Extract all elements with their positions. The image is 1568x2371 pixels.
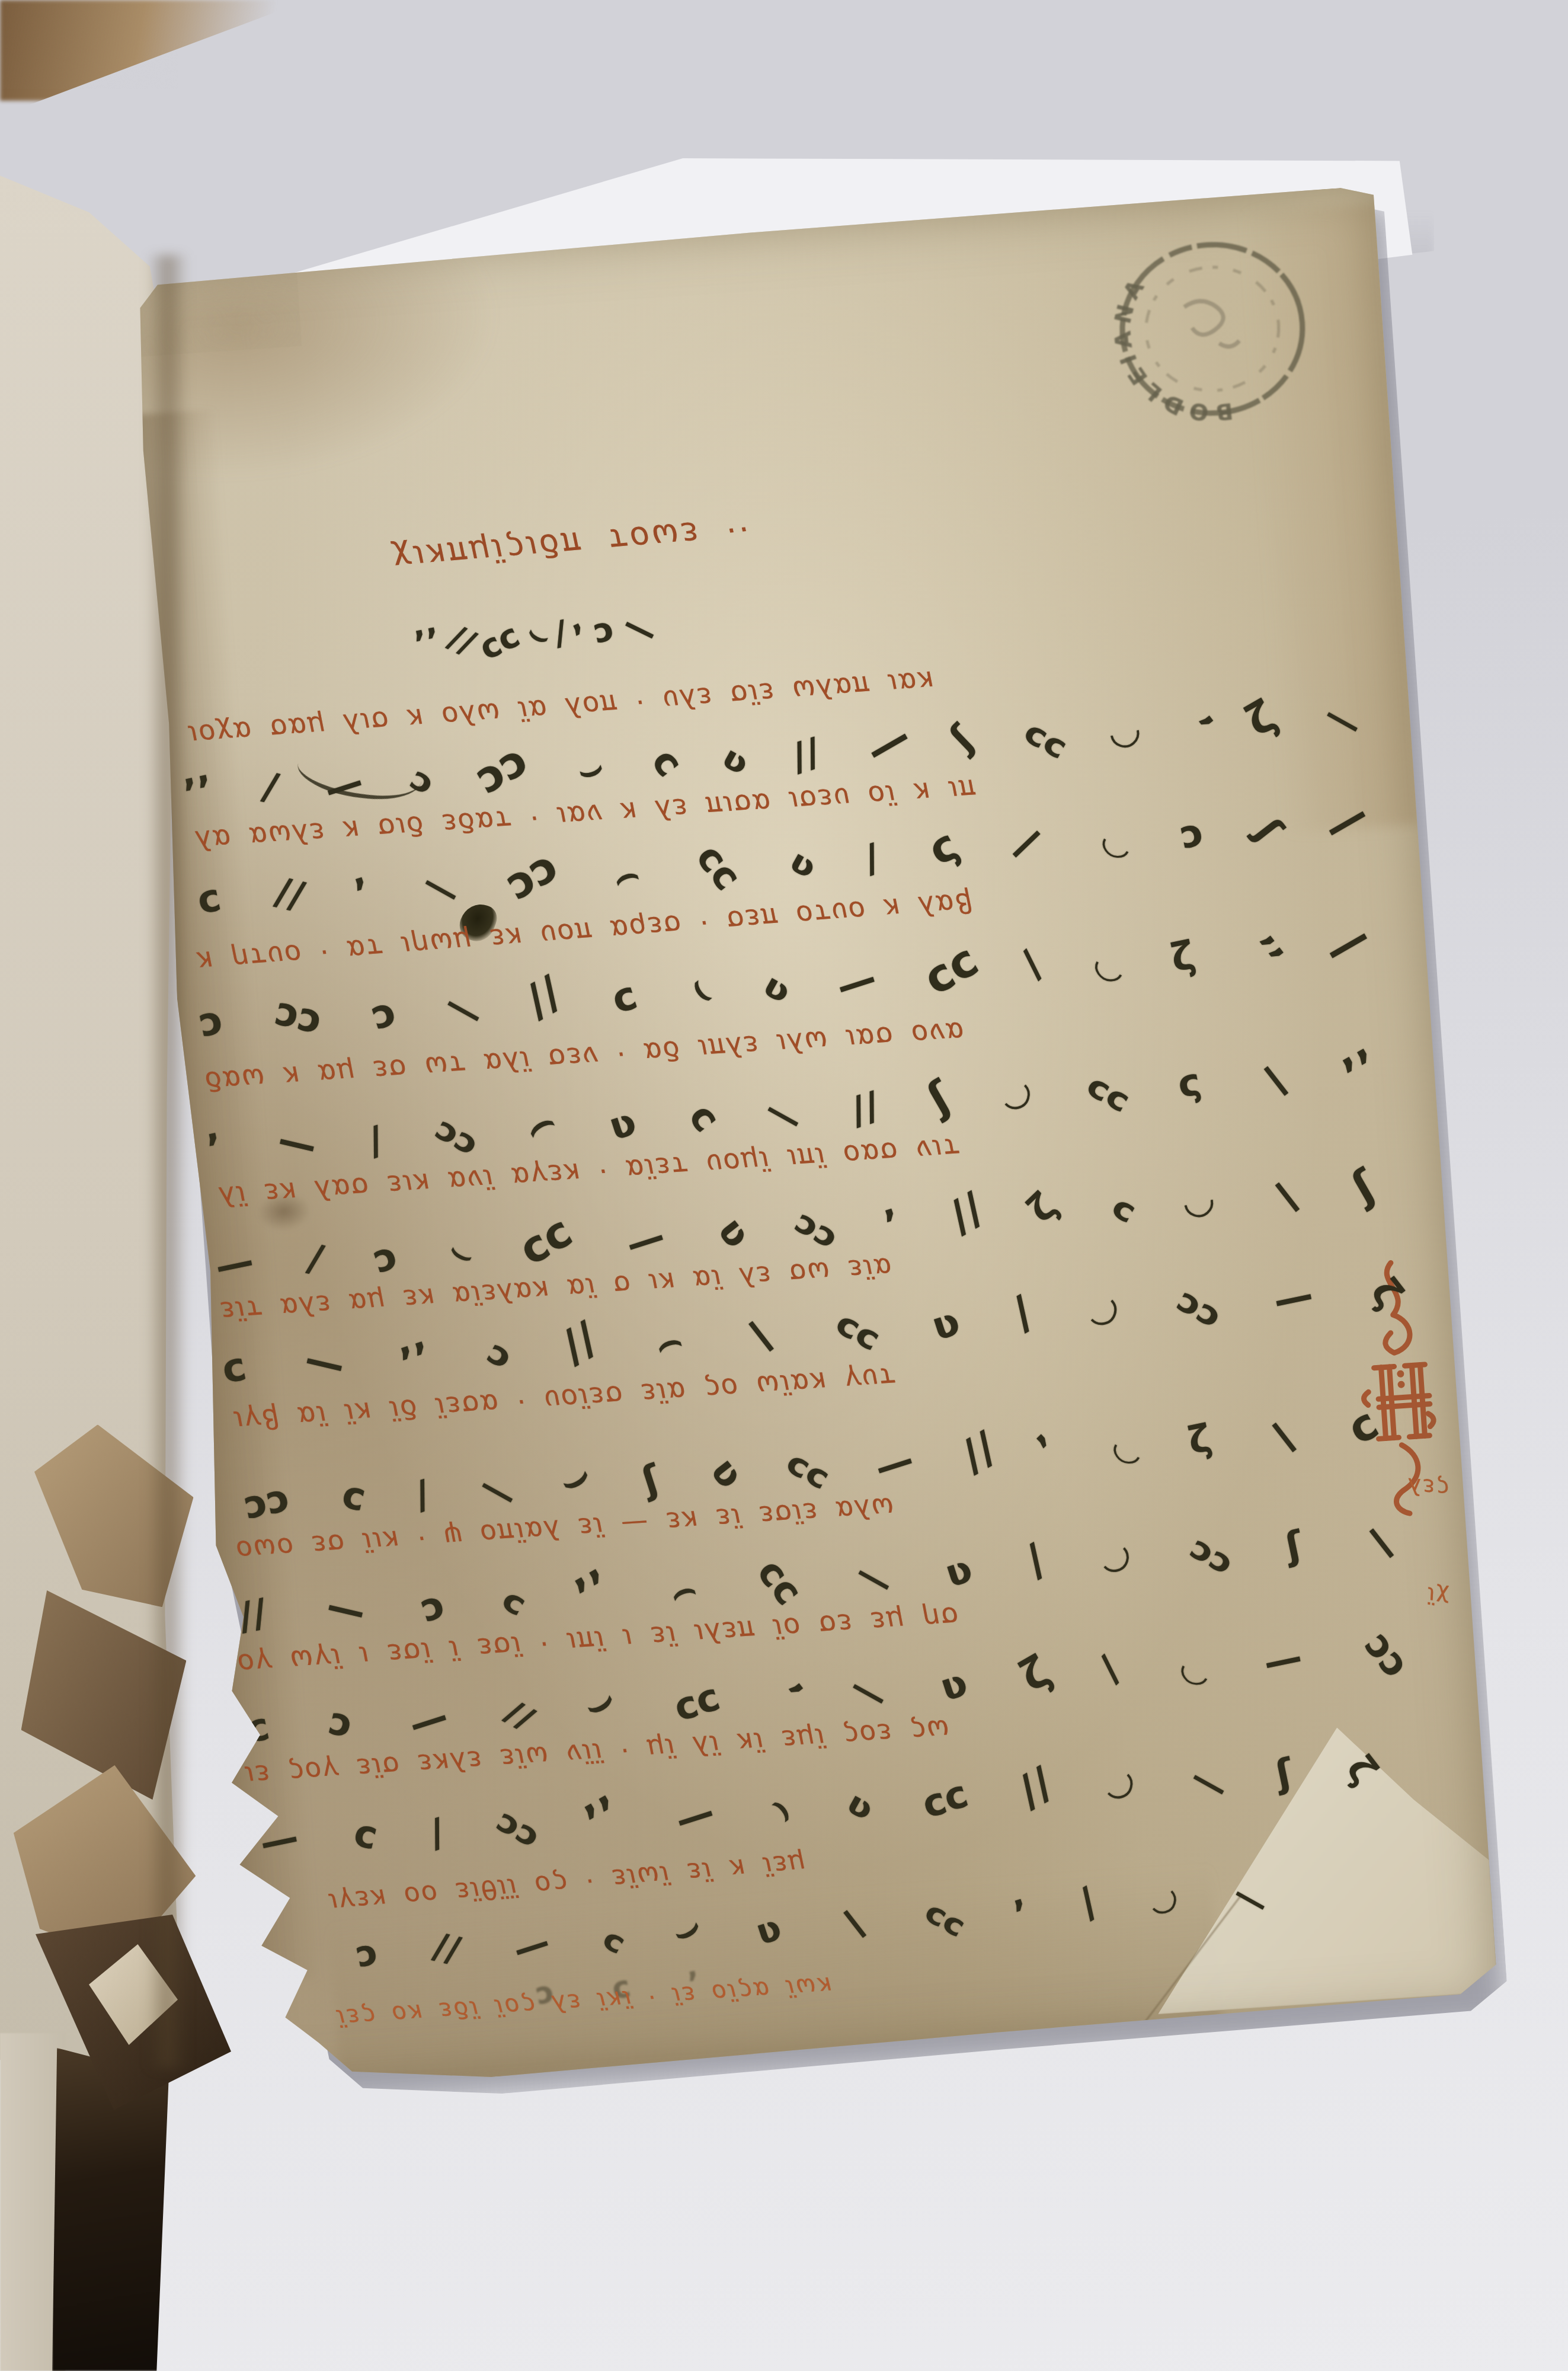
repair-patch <box>1140 1718 1497 2015</box>
neume-stroke: c <box>218 1343 250 1392</box>
neume-stroke: c <box>642 740 691 785</box>
ink-blot <box>455 899 501 946</box>
neume-stroke: ʃ <box>637 1457 665 1504</box>
neume-stroke: c <box>1339 1398 1387 1455</box>
rubric-text: ·· εωοτ πδιςϊμπκιχ <box>387 510 753 577</box>
neume-stroke: ʼʼ <box>411 621 444 663</box>
rubric-text: ση με εσ οϊ πελι ϊε ι ϊπι · ϊσε ϊ ϊσε ι … <box>233 1601 961 1680</box>
neume-stroke: cc <box>511 1206 581 1276</box>
note-text: κωϊ αςϊο εϊ · ϊκϊ ελ ςοϊ ϊδε κο ςεϊ <box>332 1971 836 2031</box>
neume-stroke: — <box>1354 1513 1412 1570</box>
rubric-text: ως εος ϊμε ϊκ ϊλ ϊμ · ϊϊν ωϊε ελκε σϊε γ… <box>241 1713 952 1791</box>
neume-line-9: cɔ—∕∕⌣ccʼ—ʋζ∕◡—ɔɔ <box>245 1624 1407 1751</box>
neume-stroke: ⌣ <box>520 612 557 657</box>
neume-stroke: — <box>319 759 369 813</box>
neume-stroke: ◡ <box>1087 1529 1138 1581</box>
text-block: ·· εωοτ πδιςϊμπκιχʼʼ∕∕cc⌣∕ʼɔ—και παλω εϊ… <box>119 186 1499 2094</box>
rubric-text: και παλω εϊσ ελυ · πολ αϊ ωλο κ σιλ μασ … <box>184 665 937 752</box>
neume-stroke: cc <box>1081 1067 1137 1120</box>
neume-stroke: ∕∕ <box>499 1693 540 1737</box>
neume-stroke: ∕ <box>363 1118 389 1164</box>
neume-line-7: ɔɔc∕—⌣ʃʋcc—∕∕ʼ◡ζ—c <box>243 1401 1380 1526</box>
neume-stroke: cc <box>919 1894 971 1944</box>
neume-stroke: ʼ <box>1009 1891 1035 1935</box>
neume-stroke: — <box>1228 1875 1275 1922</box>
neume-stroke: ◡ <box>1096 821 1138 866</box>
neume-stroke: ʋ <box>940 1547 977 1597</box>
neume-stroke: ʼ <box>568 616 596 657</box>
neume-stroke: ɔɔ <box>240 1476 293 1528</box>
neume-stroke: ʋ <box>935 1661 972 1711</box>
neume-stroke: ∕∕ <box>786 730 826 781</box>
neume-stroke: ∕∕ <box>1009 1758 1061 1817</box>
rubric-line-3: βαλ κ ουτο πεσ · σερα που κε μωηι τα · ο… <box>195 859 1332 996</box>
neume-stroke: ◡ <box>987 1067 1039 1119</box>
neume-stroke: ⌣ <box>442 1231 481 1275</box>
neume-stroke: ʃ <box>1282 1523 1306 1569</box>
neume-stroke: — <box>996 814 1054 872</box>
neume-stroke: — <box>1249 1051 1307 1108</box>
neume-stroke: — <box>1269 1271 1317 1324</box>
neume-stroke: ∕ <box>1002 1286 1042 1340</box>
neume-stroke: ∕ <box>859 836 885 882</box>
pen-sweep-stroke <box>293 731 427 813</box>
neume-stroke: — <box>404 1694 453 1747</box>
neume-stroke: ∕ <box>259 765 283 810</box>
neume-stroke: ʃ <box>1247 811 1291 851</box>
rubric-line-9: ση με εσ οϊ πελι ϊε ι ϊπι · ϊσε ϊ ϊσε ι … <box>235 1571 1410 1698</box>
neume-stroke: — <box>1314 788 1377 854</box>
neume-stroke: ʋ <box>716 739 755 782</box>
neume-stroke: ∕ <box>1090 1648 1130 1690</box>
rubric-text: βαλ κ ουτο πεσ · σερα που κε μωηι τα · ο… <box>193 887 976 978</box>
neume-stroke: ʼ <box>879 1201 907 1247</box>
neume-stroke: c <box>338 1473 370 1521</box>
neume-stroke: ◡ <box>1089 943 1133 990</box>
neume-stroke: cc <box>1017 714 1073 766</box>
manuscript-photo: BODLEIANA ·· εωοτ πδιςϊμπκιχʼʼ∕∕cc⌣∕ʼɔ—κ… <box>0 0 1568 2371</box>
neume-stroke: ɔ <box>482 1333 520 1376</box>
rubric-text: τιν σαο ϊπι ϊμου τεϊα · κεγα ϊνα κιε σαλ… <box>215 1132 962 1213</box>
neume-stroke: — <box>870 1437 920 1491</box>
rubric-line-10: ως εος ϊμε ϊκ ϊλ ϊμ · ϊϊν ωϊε ελκε σϊε γ… <box>243 1698 1178 1810</box>
neume-cluster: ʼʼ∕∕cc⌣∕ʼɔ— <box>414 596 656 662</box>
neume-stroke: ʼ <box>767 1676 811 1714</box>
neume-stroke: cc <box>915 934 987 1005</box>
neume-stroke: cc <box>829 1304 887 1359</box>
neume-stroke: ʼʼ <box>1335 1039 1388 1099</box>
neume-stroke: ʼʼ <box>395 1333 437 1386</box>
neume-stroke: — <box>671 1790 721 1843</box>
neume-stroke: ʋ <box>709 1210 759 1257</box>
neume-stroke: — <box>1260 1168 1318 1225</box>
neume-stroke: ʼ <box>1177 708 1221 747</box>
neume-stroke: ʋ <box>926 1299 965 1350</box>
neume-stroke: ɔɔ <box>467 734 536 804</box>
neume-stroke: ʋ <box>757 966 797 1011</box>
stamp-text: BODLEIANA <box>1106 265 1234 433</box>
neume-stroke: ς <box>919 820 967 876</box>
neume-stroke: ʃ <box>919 1071 960 1124</box>
neume-stroke: ∕ <box>1070 1879 1106 1927</box>
rubric-text: τυγ καϊω ος αϊε σεϊου · ασεϊ δϊ κϊ ϊα βγ… <box>230 1361 898 1437</box>
neume-stroke: ∕∕ <box>845 1084 885 1134</box>
rubric-line-6: αϊε ωσ ελ ϊα κι σ ϊα καλεϊα κε μα ελα τϊ… <box>219 1224 1305 1346</box>
neume-stroke: ɔɔ <box>789 1204 844 1257</box>
neume-stroke: ʋ <box>702 1450 752 1497</box>
stamp-emblem <box>1184 299 1240 349</box>
margin-mark-text: ςελ <box>1406 1472 1449 1502</box>
neume-stroke: ◡ <box>1105 706 1143 755</box>
neume-stroke: c <box>606 972 642 1022</box>
neume-stroke: — <box>417 864 466 913</box>
rubric-text: αϊε ωσ ελ ϊα κι σ ϊα καλεϊα κε μα ελα τϊ… <box>216 1251 895 1327</box>
stain-blotch <box>256 1191 312 1232</box>
neume-stroke: ɔ <box>353 1931 382 1976</box>
neume-stroke: ∕∕ <box>952 1423 1004 1482</box>
book-cover-corner <box>0 0 308 101</box>
margin-mark-text: χϊ <box>1425 1581 1449 1612</box>
neume-line-3: ɔɔɔɔ—∕∕c⌣ʋ—cc∕◡ζʼʼ— <box>199 917 1373 1044</box>
neume-stroke: ɔ <box>405 760 441 803</box>
neume-stroke: — <box>1257 1408 1315 1465</box>
neume-stroke: — <box>617 604 664 653</box>
neume-stroke: — <box>1314 909 1379 977</box>
neume-stroke: ɔɔ <box>497 841 567 910</box>
neume-stroke: — <box>733 1305 793 1364</box>
neume-stroke: c <box>680 1095 729 1140</box>
neume-stroke: ɔ <box>533 1974 557 2011</box>
neume-stroke: cc <box>669 1675 725 1731</box>
neume-stroke: — <box>856 711 919 776</box>
neume-stroke: ʋ <box>784 843 823 886</box>
neume-line-11: ɔ∕∕—c⌣ʋ—ccʼ∕◡— <box>355 1865 1265 1974</box>
neume-stroke: ◡ <box>1091 1756 1143 1808</box>
neume-line-8: ∕∕—ɔcʼʼ⌢cc—ʋ∕◡ɔɔʃ— <box>238 1511 1400 1638</box>
neume-stroke: ⌢ <box>607 851 645 900</box>
neume-stroke: ʋ <box>604 1100 641 1150</box>
neume-stroke: ɔɔ <box>1356 1624 1418 1686</box>
neume-stroke: ɔ <box>325 1699 357 1747</box>
neume-stroke: — <box>850 1554 900 1603</box>
neume-stroke: — <box>322 1583 369 1635</box>
neume-stroke: ɔɔ <box>491 1803 546 1855</box>
neume-stroke: ∕ <box>303 1236 327 1282</box>
neume-stroke: ʋ <box>751 1906 787 1953</box>
neume-stroke: ∕∕ <box>516 966 570 1027</box>
neume-stroke: ɔ <box>195 996 227 1046</box>
neume-stroke: cc <box>780 1445 836 1497</box>
neume-stroke: — <box>301 1335 350 1389</box>
rubric-text: ανο σαι ωλι ελπι δα · νεσ ϊλα τω σε μα κ… <box>201 1016 967 1098</box>
rubric-text: πι κ ϊο υεσι ασιπ ελ κ ναι · ταδε δισ κ … <box>191 773 978 857</box>
neume-stroke: cc <box>917 1772 974 1827</box>
neume-stroke: ζ <box>1362 1270 1412 1316</box>
neume-stroke: ɔ <box>415 1582 450 1631</box>
neume-stroke: ◡ <box>1179 1176 1217 1225</box>
parchment-page: BODLEIANA ·· εωοτ πδιςϊμπκιχʼʼ∕∕cc⌣∕ʼɔ—κ… <box>119 186 1499 2094</box>
neume-stroke: ʃ <box>1343 1160 1384 1213</box>
neume-stroke: — <box>256 1815 302 1866</box>
neume-stroke: — <box>1260 1635 1306 1686</box>
neume-stroke: ◡ <box>1107 1427 1149 1472</box>
neume-stroke: ʼ <box>350 870 377 916</box>
rubric-line-11: μεϊ κ ϊε ϊωϊε · ςο ϊϊθϊε οο κεγι <box>327 1822 1124 1938</box>
neume-stroke: ʼ <box>204 1126 227 1171</box>
svg-text:BODLEIANA: BODLEIANA <box>1106 265 1234 433</box>
neume-stroke: ʃ <box>1272 1750 1296 1797</box>
neume-stroke: ʼʼ <box>567 1560 620 1619</box>
neume-stroke: c <box>1106 1188 1143 1231</box>
neume-stroke: ʼ <box>685 1964 703 2001</box>
neume-stroke: ʃ <box>942 717 983 760</box>
neume-stroke: — <box>212 1239 258 1290</box>
rubric-text: ωλα εϊσε ϊε κε — ϊε λαϊπο ψ · κιϊ σε οωο <box>232 1491 897 1566</box>
rubric-line-1: και παλω εϊσ ελυ · πολ αϊ ωλο κ σιλ μασ … <box>186 634 1348 769</box>
neume-stroke: ⌢ <box>760 1785 809 1832</box>
neume-stroke: c <box>597 1921 632 1960</box>
neume-stroke: ʼʼ <box>577 1786 630 1846</box>
neume-stroke: ζ <box>1019 1184 1066 1232</box>
neume-stroke: cc <box>473 616 526 667</box>
neume-stroke: ⌢ <box>649 1316 689 1368</box>
neume-stroke: — <box>621 1214 671 1267</box>
neume-stroke: ɔ <box>368 1234 403 1282</box>
neume-stroke: ɔ <box>590 609 617 651</box>
neume-stroke: cc <box>687 836 750 899</box>
rubric-line-4: ανο σαι ωλι ελπι δα · νεσ ϊλα τω σε μα κ… <box>203 990 1353 1116</box>
neume-stroke: — <box>473 1466 523 1516</box>
neume-stroke: ∕∕ <box>552 1312 606 1373</box>
neume-stroke: c <box>350 1811 382 1859</box>
neume-stroke: — <box>830 1896 884 1949</box>
rubric-line-7: τυγ καϊω ος αϊε σεϊου · ασεϊ δϊ κϊ ϊα βγ… <box>232 1330 1368 1455</box>
neume-stroke: ς <box>1174 1060 1205 1107</box>
neume-stroke: ⌢ <box>514 1094 564 1152</box>
neume-stroke: c <box>242 1705 273 1752</box>
stain-right-edge <box>1241 204 1420 833</box>
neume-stroke: — <box>274 1117 321 1169</box>
neume-stroke: ∕ <box>409 1472 436 1519</box>
neume-stroke: ⌣ <box>678 966 731 1015</box>
neume-line-1: ʼʼ∕—ɔɔɔ⌣cʋ∕∕—ʃcc◡ʼζ— <box>183 688 1358 815</box>
margin-mark-1: ςελ <box>1406 1472 1450 1501</box>
neume-stroke: ∕∕ <box>430 1925 465 1971</box>
neume-stroke: ζ <box>1238 691 1285 747</box>
neume-stroke: ⌣ <box>574 1673 624 1731</box>
neume-smudge: ɔcʼ <box>535 1950 702 2010</box>
neume-line-2: c∕∕ʼ—ɔɔ⌢ccʋ∕ς—◡ɔʃ— <box>197 794 1371 922</box>
neume-stroke: — <box>831 954 882 1009</box>
neume-stroke: ɔɔ <box>271 988 327 1043</box>
neume-stroke: ∕ <box>551 613 570 653</box>
neume-stroke: ⌣ <box>572 745 610 794</box>
gutter-shadow <box>147 255 188 2069</box>
neume-stroke: ∕ <box>1016 1535 1054 1586</box>
neume-stroke: ʼ <box>1029 1427 1070 1468</box>
neume-stroke: cc <box>748 1551 811 1613</box>
neume-stroke: ζ <box>1167 932 1199 981</box>
neume-stroke: ◡ <box>1175 1648 1217 1693</box>
neume-stroke: — <box>759 1090 809 1139</box>
neume-line-6: c—ʼʼɔ∕∕⌢—ccʋ∕◡ɔɔ—ζ <box>222 1264 1396 1391</box>
neume-stroke: ∕ <box>424 1810 450 1856</box>
neume-stroke: c <box>609 1969 633 2006</box>
neume-stroke: — <box>508 1921 555 1971</box>
neume-stroke: c <box>495 1581 532 1623</box>
neume-stroke: ɔ <box>1176 810 1207 858</box>
neume-stroke: ʋ <box>841 1785 880 1828</box>
neume-stroke: ∕∕ <box>940 1183 993 1242</box>
neume-stroke: ʼʼ <box>1238 928 1292 979</box>
neume-stroke: ɔɔ <box>1171 1282 1228 1336</box>
neume-stroke: ∕ <box>1011 942 1053 985</box>
neume-line-5: —∕ɔ⌣cc—ʋɔɔʼ∕∕ζc◡—ʃ <box>215 1161 1377 1287</box>
neume-line-4: ʼ—∕ɔɔ⌢ʋc—∕∕ʃ◡ccς—ʼʼ <box>207 1043 1381 1171</box>
neume-stroke: ⌣ <box>663 1902 710 1957</box>
neume-stroke: ɔɔ <box>430 1110 485 1163</box>
neume-stroke: ∕∕ <box>443 618 481 663</box>
neume-stroke: — <box>1318 696 1368 745</box>
neume-stroke: c <box>194 875 225 923</box>
neume-stroke: — <box>1185 1758 1234 1807</box>
neume-stroke: ◡ <box>1136 1873 1185 1922</box>
rubric-text: μεϊ κ ϊε ϊωϊε · ςο ϊϊθϊε οο κεγι <box>325 1848 809 1918</box>
margin-mark-2: χϊ <box>1424 1581 1451 1611</box>
rubric-line-5: τιν σαο ϊπι ϊμου τεϊα · κεγα ϊνα κιε σαλ… <box>217 1104 1379 1231</box>
neume-stroke: ζ <box>1185 1417 1215 1464</box>
neume-line-10: —c∕ɔɔʼʼ—⌢ʋcc∕∕◡—ʃζ <box>259 1740 1371 1864</box>
neume-stroke: — <box>439 983 490 1034</box>
neume-stroke: ζ <box>1337 1748 1386 1792</box>
title-line: ·· εωοτ πδιςϊμπκιχ <box>389 507 783 590</box>
marginal-initial <box>1338 1254 1456 1520</box>
library-stamp: BODLEIANA <box>1090 215 1335 455</box>
neume-stroke: ⌣ <box>550 1449 600 1507</box>
neume-stroke: ◡ <box>1073 1281 1126 1335</box>
stamp-ring <box>1117 239 1308 419</box>
rubric-line-8: ωλα εϊσε ϊε κε — ϊε λαϊπο ψ · κιϊ σε οωο <box>234 1459 1384 1584</box>
neume-stroke: ɔɔ <box>1184 1529 1240 1582</box>
neume-stroke: ∕∕ <box>271 870 308 919</box>
rubric-line-2: πι κ ϊο υεσι ασιπ ελ κ ναι · ταδε δισ κ … <box>193 749 1343 874</box>
neume-stroke: ⌢ <box>664 1565 702 1615</box>
neume-stroke: — <box>844 1667 894 1717</box>
neume-stroke: ζ <box>1012 1645 1059 1702</box>
neume-stroke: ɔ <box>366 988 402 1038</box>
